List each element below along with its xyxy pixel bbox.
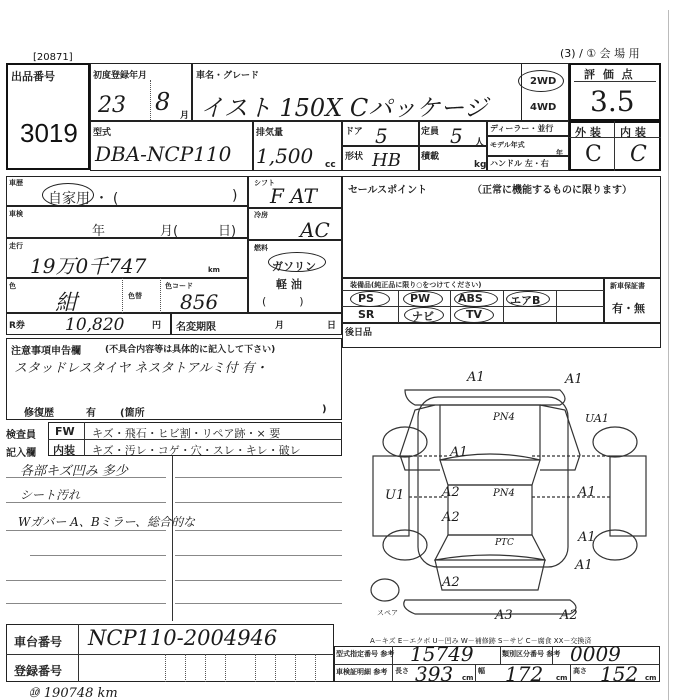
score-value: 3.5	[590, 85, 635, 118]
mileage-value: 19万0千747	[30, 250, 146, 279]
width-value: 172	[505, 662, 543, 686]
notes-text: スタッドレスタイヤ ネスタトアルミ付 有・	[14, 357, 268, 376]
ac-value: AC	[300, 218, 330, 242]
chassis-value: NCP110-2004946	[88, 626, 277, 650]
inspector-note-1: 各部キズ凹み 多少	[20, 460, 128, 479]
equip-sr: SR	[358, 308, 374, 321]
displacement-value: 1,500	[256, 144, 313, 168]
first-registration-label: 初度登録年月	[93, 68, 147, 81]
drive-selected-circle	[518, 70, 564, 92]
exterior-grade: C	[585, 142, 602, 167]
shift-value: F AT	[270, 184, 317, 208]
registration-year: 23	[98, 93, 126, 118]
doors-value: 5	[375, 124, 388, 148]
length-value: 393	[415, 662, 453, 686]
car-name-label: 車名・グレード	[196, 68, 259, 81]
score-label: 評 価 点	[584, 66, 635, 82]
color-code-value: 856	[180, 290, 218, 314]
sheet-id: [20871]	[33, 52, 73, 63]
lot-number: 3019	[20, 118, 78, 149]
model-code-value: DBA-NCP110	[95, 142, 231, 166]
recycle-value: 10,820	[65, 315, 124, 335]
inspection-box	[6, 206, 248, 238]
car-name-value: イスト 150X Cパッケージ	[200, 88, 488, 123]
footer-note: ⑩ 190748 km	[28, 686, 118, 700]
drive-4wd: 4WD	[530, 102, 556, 113]
damage-legend: A－キズ E－エクボ U－凹み W－補修跡 S－サビ C－腐食 XX－交換済	[370, 636, 591, 646]
height-value: 152	[600, 662, 638, 686]
header-top-right: (3) / ① 会 場 用	[560, 45, 640, 61]
lot-label: 出品番号	[11, 68, 55, 84]
fuel-diesel: 軽 油	[276, 276, 302, 292]
damage-diagram: A1 A1 UA1 A1 U1 A2 A2 A1 A1 A1 A2 A3 A2 …	[360, 360, 660, 620]
shape-value: HB	[372, 150, 401, 171]
later-items-box	[342, 323, 661, 348]
capacity-value: 5	[450, 124, 463, 148]
interior-grade: C	[630, 142, 647, 167]
registration-month: 8	[155, 88, 170, 116]
inspector-note-3: Wガバー A、Bミラー、総合的な	[18, 513, 195, 530]
inspector-note-2: シート汚れ	[20, 486, 80, 503]
